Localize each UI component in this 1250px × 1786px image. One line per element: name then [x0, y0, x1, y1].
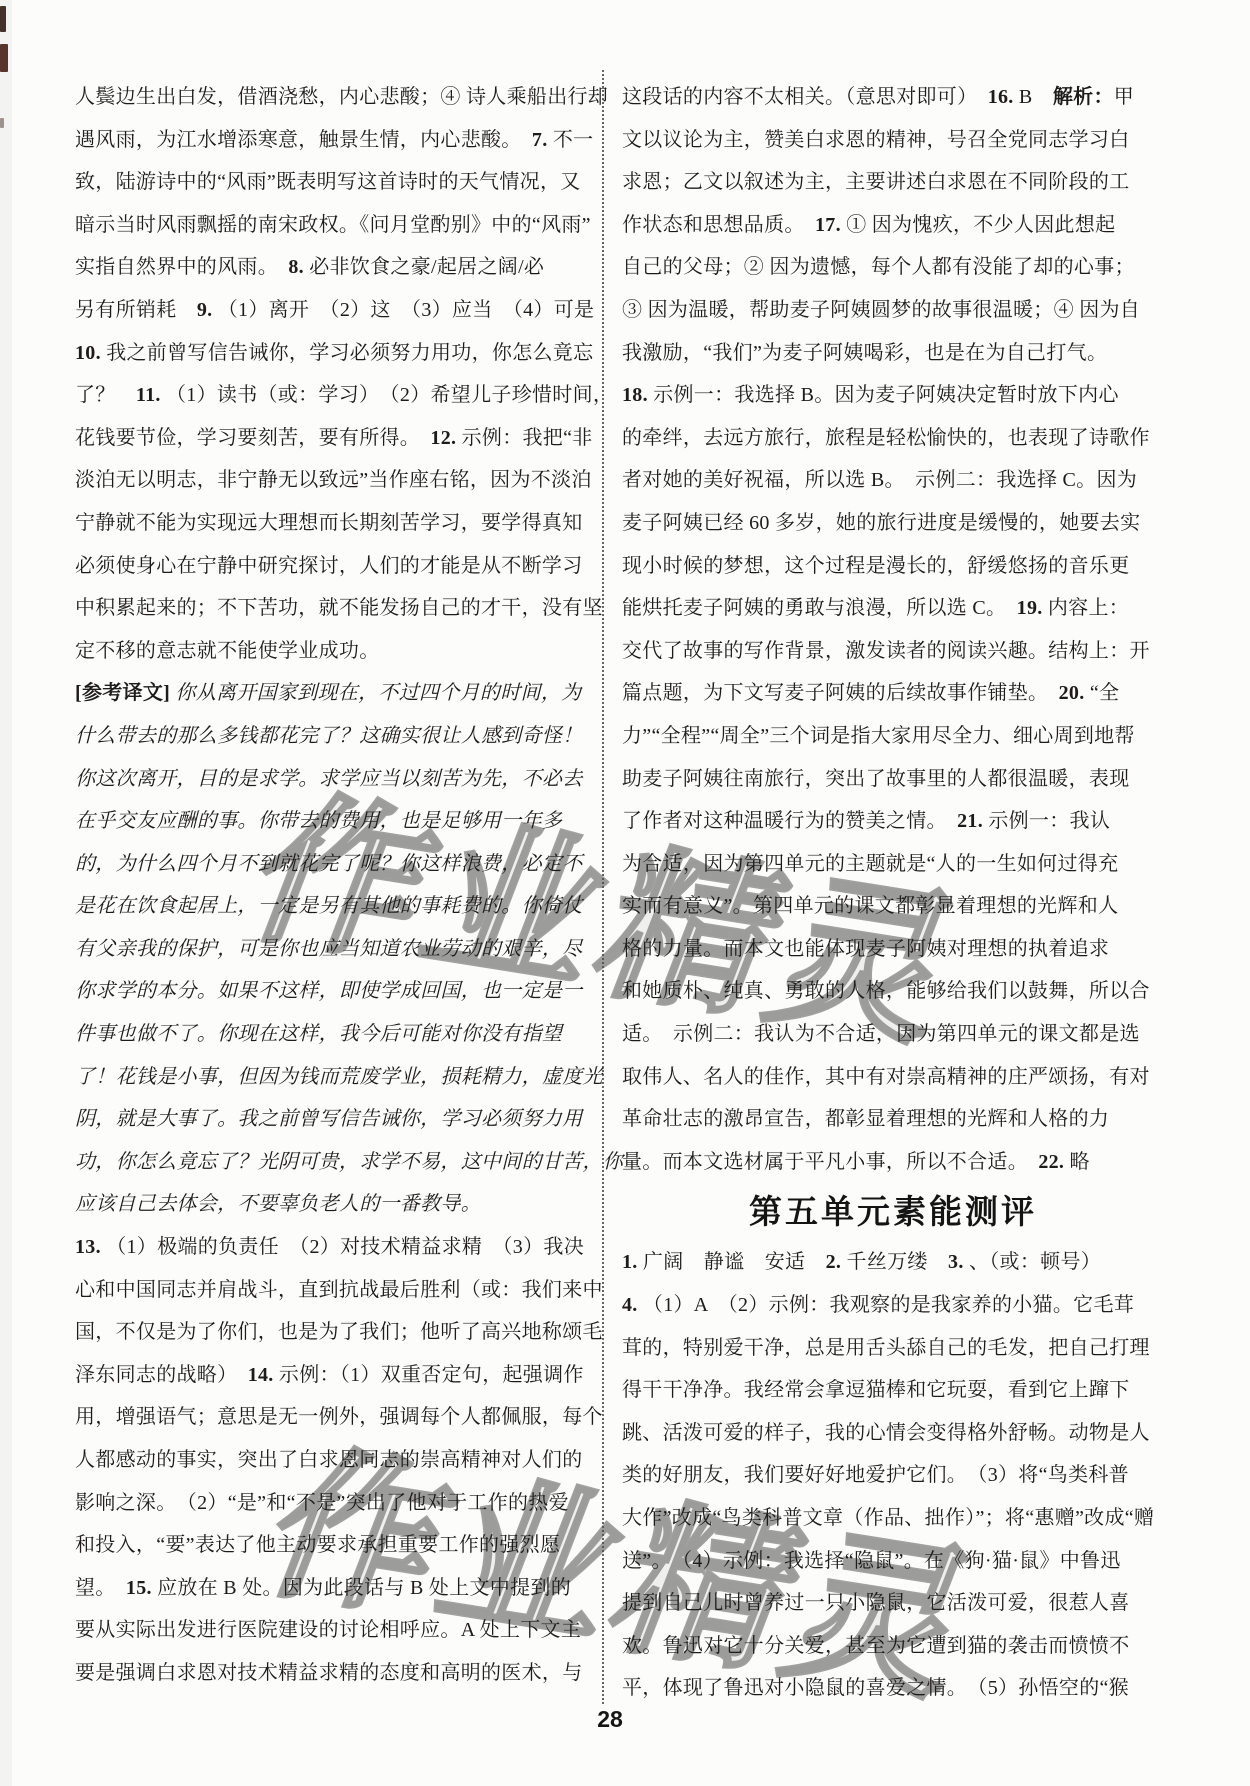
- body-text: 和她质朴、纯真、勇敢的人格，能够给我们以鼓舞，所以合: [622, 980, 1150, 1002]
- text-line: 望。 15. 应放在 B 处。因为此段话与 B 处上文中提到的: [75, 1567, 589, 1610]
- text-line: 要是强调白求恩对技术精益求精的态度和高明的医术，与: [75, 1652, 589, 1695]
- body-text: 人鬓边生出白发，借酒浇愁，内心悲酸；④ 诗人乘船出行却: [75, 86, 608, 108]
- text-line: 件事也做不了。你现在这样，我今后可能对你没有指望: [75, 1013, 589, 1056]
- bold-text: 9.: [197, 299, 213, 321]
- body-text: 类的好朋友，我们要好好地爱护它们。 （3）将“鸟类科普: [622, 1464, 1129, 1486]
- text-line: 4. （1）A （2）示例：我观察的是我家养的小猫。它毛茸: [622, 1284, 1164, 1327]
- text-line: 平，体现了鲁迅对小隐鼠的喜爱之情。 （5）孙悟空的“猴: [622, 1667, 1164, 1710]
- body-text: 者对她的美好祝福，所以选 B。 示例二：我选择 C。因为: [622, 469, 1137, 491]
- body-text: 要从实际出发进行医院建设的讨论相呼应。A 处上下文主: [75, 1619, 581, 1641]
- body-text: 自己的父母；② 因为遗憾，每个人都有没能了却的心事；: [622, 256, 1135, 278]
- body-text: 革命壮志的激昂宣告，都彰显着理想的光辉和人格的力: [622, 1108, 1109, 1130]
- body-text: 这段话的内容不太相关。（意思对即可）: [622, 86, 988, 108]
- text-line: 这段话的内容不太相关。（意思对即可） 16. B 解析：甲: [622, 76, 1164, 119]
- body-text: 示例：（1）双重否定句，起强调作: [274, 1364, 584, 1386]
- body-text: 文以议论为主，赞美白求恩的精神，号召全党同志学习白: [622, 129, 1130, 151]
- body-text: 国，不仅是为了你们，也是为了我们；他听了高兴地称颂毛: [75, 1321, 603, 1343]
- body-text: 示例：我把“非: [456, 427, 592, 449]
- text-line: 量。而本文选材属于平凡小事，所以不合适。 22. 略: [622, 1141, 1164, 1184]
- body-text: 你从离开国家到现在，不过四个月的时间，为: [175, 682, 581, 704]
- bold-text: 解析：: [1053, 86, 1114, 108]
- text-line: 中积累起来的；不下苦功，就不能发扬自己的才干，没有坚: [75, 587, 589, 630]
- left-text-column: 人鬓边生出白发，借酒浇愁，内心悲酸；④ 诗人乘船出行却遇风雨，为江水增添寒意，触…: [75, 76, 589, 1695]
- body-text: 取伟人、名人的佳作，其中有对崇高精神的庄严颂扬，有对: [622, 1066, 1150, 1088]
- bold-text: 4.: [622, 1294, 638, 1316]
- text-line: 大作”改成“鸟类科普文章（作品、拙作）”；将“惠赠”改成“赠: [622, 1497, 1164, 1540]
- text-line: 淡泊无以明志，非宁静无以致远”当作座右铭，因为不淡泊: [75, 459, 589, 502]
- text-line: 现小时候的梦想，这个过程是漫长的，舒缓悠扬的音乐更: [622, 545, 1164, 588]
- text-line: 心和中国同志并肩战斗，直到抗战最后胜利（或：我们来中: [75, 1269, 589, 1312]
- text-line: 了作者对这种温暖行为的赞美之情。 21. 示例一：我认: [622, 800, 1164, 843]
- bold-text: 2.: [826, 1251, 842, 1273]
- text-line: 自己的父母；② 因为遗憾，每个人都有没能了却的心事；: [622, 246, 1164, 289]
- section-heading: 第五单元素能测评: [622, 1183, 1164, 1241]
- text-line: 革命壮志的激昂宣告，都彰显着理想的光辉和人格的力: [622, 1098, 1164, 1141]
- text-line: ③ 因为温暖，帮助麦子阿姨圆梦的故事很温暖；④ 因为自: [622, 289, 1164, 332]
- text-line: 18. 示例一：我选择 B。因为麦子阿姨决定暂时放下内心: [622, 374, 1164, 417]
- bold-text: 14.: [248, 1364, 274, 1386]
- body-text: 件事也做不了。你现在这样，我今后可能对你没有指望: [75, 1023, 562, 1045]
- body-text: 和投入，“要”表达了他主动要求承担重要工作的强烈愿: [75, 1534, 560, 1556]
- body-text: 欢。鲁迅对它十分关爱，甚至为它遭到猫的袭击而愤愤不: [622, 1635, 1130, 1657]
- text-line: 为合适，因为第四单元的主题就是“人的一生如何过得充: [622, 843, 1164, 886]
- text-line: 定不移的意志就不能使学业成功。: [75, 630, 589, 673]
- text-line: 花钱要节俭，学习要刻苦，要有所得。 12. 示例：我把“非: [75, 417, 589, 460]
- body-text: 交代了故事的写作背景，激发读者的阅读兴趣。结构上：开: [622, 640, 1150, 662]
- text-line: 致，陆游诗中的“风雨”既表明写这首诗时的天气情况，又: [75, 161, 589, 204]
- scan-artifact: [0, 44, 8, 72]
- body-text: 望。: [75, 1577, 126, 1599]
- body-text: 得干干净净。我经常会拿逗猫棒和它玩耍，看到它上蹿下: [622, 1379, 1130, 1401]
- body-text: 了？: [75, 384, 136, 406]
- body-text: 影响之深。 （2）“是”和“不是”突出了他对于工作的热爱: [75, 1492, 569, 1514]
- body-text: 淡泊无以明志，非宁静无以致远”当作座右铭，因为不淡泊: [75, 469, 592, 491]
- text-line: 阴，就是大事了。我之前曾写信告诫你，学习必须努力用: [75, 1098, 589, 1141]
- body-text: 应放在 B 处。因为此段话与 B 处上文中提到的: [152, 1577, 571, 1599]
- body-text: 用，增强语气；意思是无一例外，强调每个人都佩服，每个: [75, 1406, 603, 1428]
- body-text: 遇风雨，为江水增添寒意，触景生情，内心悲酸。: [75, 129, 532, 151]
- text-line: 和投入，“要”表达了他主动要求承担重要工作的强烈愿: [75, 1524, 589, 1567]
- body-text: 我激励，“我们”为麦子阿姨喝彩，也是在为自己打气。: [622, 342, 1107, 364]
- text-line: 取伟人、名人的佳作，其中有对崇高精神的庄严颂扬，有对: [622, 1056, 1164, 1099]
- body-text: 跳、活泼可爱的样子，我的心情会变得格外舒畅。动物是人: [622, 1422, 1150, 1444]
- bold-text: 18.: [622, 384, 648, 406]
- text-line: 宁静就不能为实现远大理想而长期刻苦学习，要学得真知: [75, 502, 589, 545]
- body-text: 功，你怎么竟忘了？光阴可贵，求学不易，这中间的甘苦，你: [75, 1151, 623, 1173]
- text-line: 有父亲我的保护，可是你也应当知道农业劳动的艰辛，尽: [75, 928, 589, 971]
- body-text: 要是强调白求恩对技术精益求精的态度和高明的医术，与: [75, 1662, 583, 1684]
- text-line: 暗示当时风雨飘摇的南宋政权。《问月堂酌别》中的“风雨”: [75, 204, 589, 247]
- bold-text: 11.: [136, 384, 161, 406]
- body-text: 助麦子阿姨往南旅行，突出了故事里的人都很温暖，表现: [622, 768, 1130, 790]
- text-line: 麦子阿姨已经 60 多岁，她的旅行进度是缓慢的，她要去实: [622, 502, 1164, 545]
- body-text: （1）A （2）示例：我观察的是我家养的小猫。它毛茸: [638, 1294, 1134, 1316]
- scan-edge-shadow: [0, 0, 12, 1786]
- text-line: 篇点题，为下文写麦子阿姨的后续故事作铺垫。 20. “全: [622, 672, 1164, 715]
- scan-artifact: [0, 6, 6, 32]
- bold-text: 12.: [430, 427, 456, 449]
- body-text: 示例一：我选择 B。因为麦子阿姨决定暂时放下内心: [648, 384, 1119, 406]
- body-text: 格的力量。而本文也能体现麦子阿姨对理想的执着追求: [622, 938, 1109, 960]
- body-text: （1）读书（或：学习） （2）希望儿子珍惜时间，: [161, 384, 614, 406]
- right-text-column: 这段话的内容不太相关。（意思对即可） 16. B 解析：甲文以议论为主，赞美白求…: [622, 76, 1164, 1710]
- body-text: 必非饮食之豪/起居之阔/必: [304, 256, 544, 278]
- body-text: 略: [1064, 1151, 1090, 1173]
- text-line: 10. 我之前曾写信告诫你，学习必须努力用功，你怎么竟忘: [75, 332, 589, 375]
- bold-text: 19.: [1017, 597, 1043, 619]
- text-line: 要从实际出发进行医院建设的讨论相呼应。A 处上下文主: [75, 1609, 589, 1652]
- body-text: ① 因为愧疚，不少人因此想起: [841, 214, 1116, 236]
- body-text: 实而有意义”。第四单元的课文都彰显着理想的光辉和人: [622, 895, 1118, 917]
- bold-text: 22.: [1038, 1151, 1064, 1173]
- body-text: 泽东同志的战略）: [75, 1364, 248, 1386]
- body-text: 示例一：我认: [983, 810, 1110, 832]
- body-text: 阴，就是大事了。我之前曾写信告诫你，学习必须努力用: [75, 1108, 583, 1130]
- text-line: 实指自然界中的风雨。 8. 必非饮食之豪/起居之阔/必: [75, 246, 589, 289]
- text-line: 人都感动的事实，突出了白求恩同志的崇高精神对人们的: [75, 1439, 589, 1482]
- bold-text: 7.: [532, 129, 548, 151]
- text-line: 力”“全程”“周全”三个词是指大家用尽全力、细心周到地帮: [622, 715, 1164, 758]
- text-line: 得干干净净。我经常会拿逗猫棒和它玩耍，看到它上蹿下: [622, 1369, 1164, 1412]
- body-text: 的，为什么四个月不到就花完了呢？你这样浪费，必定不: [75, 853, 583, 875]
- body-text: 定不移的意志就不能使学业成功。: [75, 640, 380, 662]
- body-text: 必须使身心在宁静中研究探讨，人们的才能是从不断学习: [75, 555, 583, 577]
- body-text: 应该自己去体会，不要辜负老人的一番教导。: [75, 1193, 481, 1215]
- body-text: 的牵绊，去远方旅行，旅程是轻松愉快的，也表现了诗歌作: [622, 427, 1150, 449]
- bold-text: 3.: [948, 1251, 964, 1273]
- body-text: 实指自然界中的风雨。: [75, 256, 288, 278]
- body-text: 为合适，因为第四单元的主题就是“人的一生如何过得充: [622, 853, 1118, 875]
- text-line: 茸的，特别爱干净，总是用舌头舔自己的毛发，把自己打理: [622, 1327, 1164, 1370]
- body-text: 作状态和思想品质。: [622, 214, 815, 236]
- bold-text: 16.: [988, 86, 1014, 108]
- body-text: 中积累起来的；不下苦功，就不能发扬自己的才干，没有坚: [75, 597, 603, 619]
- body-text: 什么带去的那么多钱都花完了？这确实很让人感到奇怪！: [75, 725, 583, 747]
- text-line: 影响之深。 （2）“是”和“不是”突出了他对于工作的热爱: [75, 1482, 589, 1525]
- text-line: 什么带去的那么多钱都花完了？这确实很让人感到奇怪！: [75, 715, 589, 758]
- body-text: （1）离开 （2）这 （3）应当 （4）可是: [212, 299, 594, 321]
- text-line: 格的力量。而本文也能体现麦子阿姨对理想的执着追求: [622, 928, 1164, 971]
- body-text: 广阔 静谧 安适: [638, 1251, 826, 1273]
- text-line: 求恩；乙文以叙述为主，主要讲述白求恩在不同阶段的工: [622, 161, 1164, 204]
- body-text: 适。 示例二：我认为不合适，因为第四单元的课文都是选: [622, 1023, 1140, 1045]
- text-line: [参考译文] 你从离开国家到现在，不过四个月的时间，为: [75, 672, 589, 715]
- body-text: （1）极端的负责任 （2）对技术精益求精 （3）我决: [101, 1236, 584, 1258]
- body-text: 有父亲我的保护，可是你也应当知道农业劳动的艰辛，尽: [75, 938, 583, 960]
- body-text: 心和中国同志并肩战斗，直到抗战最后胜利（或：我们来中: [75, 1279, 603, 1301]
- scan-artifact: [0, 118, 4, 128]
- text-line: 必须使身心在宁静中研究探讨，人们的才能是从不断学习: [75, 545, 589, 588]
- text-line: 我激励，“我们”为麦子阿姨喝彩，也是在为自己打气。: [622, 332, 1164, 375]
- body-text: 篇点题，为下文写麦子阿姨的后续故事作铺垫。: [622, 682, 1059, 704]
- body-text: 了！花钱是小事，但因为钱而荒废学业，损耗精力，虚度光: [75, 1066, 603, 1088]
- bold-text: 10.: [75, 342, 101, 364]
- text-line: 欢。鲁迅对它十分关爱，甚至为它遭到猫的袭击而愤愤不: [622, 1625, 1164, 1668]
- body-text: 花钱要节俭，学习要刻苦，要有所得。: [75, 427, 430, 449]
- text-line: 在乎交友应酬的事。你带去的费用，也是足够用一年多: [75, 800, 589, 843]
- body-text: 了作者对这种温暖行为的赞美之情。: [622, 810, 957, 832]
- text-line: 泽东同志的战略） 14. 示例：（1）双重否定句，起强调作: [75, 1354, 589, 1397]
- text-line: 能烘托麦子阿姨的勇敢与浪漫，所以选 C。 19. 内容上：: [622, 587, 1164, 630]
- text-line: 的牵绊，去远方旅行，旅程是轻松愉快的，也表现了诗歌作: [622, 417, 1164, 460]
- text-line: 你这次离开，目的是求学。求学应当以刻苦为先，不必去: [75, 758, 589, 801]
- body-text: 麦子阿姨已经 60 多岁，她的旅行进度是缓慢的，她要去实: [622, 512, 1140, 534]
- body-text: 力”“全程”“周全”三个词是指大家用尽全力、细心周到地帮: [622, 725, 1135, 747]
- text-line: 类的好朋友，我们要好好地爱护它们。 （3）将“鸟类科普: [622, 1454, 1164, 1497]
- body-text: 致，陆游诗中的“风雨”既表明写这首诗时的天气情况，又: [75, 171, 581, 193]
- text-line: 用，增强语气；意思是无一例外，强调每个人都佩服，每个: [75, 1396, 589, 1439]
- text-line: 和她质朴、纯真、勇敢的人格，能够给我们以鼓舞，所以合: [622, 970, 1164, 1013]
- body-text: 暗示当时风雨飘摇的南宋政权。《问月堂酌别》中的“风雨”: [75, 214, 591, 236]
- text-line: 助麦子阿姨往南旅行，突出了故事里的人都很温暖，表现: [622, 758, 1164, 801]
- text-line: 文以议论为主，赞美白求恩的精神，号召全党同志学习白: [622, 119, 1164, 162]
- body-text: 千丝万缕: [841, 1251, 948, 1273]
- text-line: 实而有意义”。第四单元的课文都彰显着理想的光辉和人: [622, 885, 1164, 928]
- body-text: 你这次离开，目的是求学。求学应当以刻苦为先，不必去: [75, 768, 583, 790]
- body-text: 宁静就不能为实现远大理想而长期刻苦学习，要学得真知: [75, 512, 583, 534]
- text-line: 13. （1）极端的负责任 （2）对技术精益求精 （3）我决: [75, 1226, 589, 1269]
- bold-text: [参考译文]: [75, 682, 175, 704]
- body-text: 甲: [1114, 86, 1134, 108]
- text-line: 国，不仅是为了你们，也是为了我们；他听了高兴地称颂毛: [75, 1311, 589, 1354]
- text-line: 了！花钱是小事，但因为钱而荒废学业，损耗精力，虚度光: [75, 1056, 589, 1099]
- bold-text: 17.: [815, 214, 841, 236]
- text-line: 跳、活泼可爱的样子，我的心情会变得格外舒畅。动物是人: [622, 1412, 1164, 1455]
- page-number: 28: [584, 1706, 636, 1733]
- body-text: 茸的，特别爱干净，总是用舌头舔自己的毛发，把自己打理: [622, 1337, 1150, 1359]
- body-text: 、（或：顿号）: [964, 1251, 1101, 1273]
- text-line: 应该自己去体会，不要辜负老人的一番教导。: [75, 1183, 589, 1226]
- body-text: 内容上：: [1043, 597, 1130, 619]
- bold-text: 15.: [126, 1577, 152, 1599]
- body-text: 提到自己儿时曾养过一只小隐鼠，它活泼可爱，很惹人喜: [622, 1592, 1130, 1614]
- text-line: 适。 示例二：我认为不合适，因为第四单元的课文都是选: [622, 1013, 1164, 1056]
- bold-text: 21.: [957, 810, 983, 832]
- bold-text: 20.: [1059, 682, 1085, 704]
- text-line: 送”。 （4）示例：我选择“隐鼠”。在《狗·猫·鼠》中鲁迅: [622, 1540, 1164, 1583]
- body-text: 量。而本文选材属于平凡小事，所以不合适。: [622, 1151, 1038, 1173]
- text-line: 是花在饮食起居上，一定是另有其他的事耗费的。你倚仗: [75, 885, 589, 928]
- body-text: 人都感动的事实，突出了白求恩同志的崇高精神对人们的: [75, 1449, 583, 1471]
- text-line: 1. 广阔 静谧 安适 2. 千丝万缕 3. 、（或：顿号）: [622, 1241, 1164, 1284]
- body-text: 另有所销耗: [75, 299, 197, 321]
- text-line: 者对她的美好祝福，所以选 B。 示例二：我选择 C。因为: [622, 459, 1164, 502]
- text-line: 人鬓边生出白发，借酒浇愁，内心悲酸；④ 诗人乘船出行却: [75, 76, 589, 119]
- bold-text: 8.: [288, 256, 304, 278]
- body-text: 送”。 （4）示例：我选择“隐鼠”。在《狗·猫·鼠》中鲁迅: [622, 1550, 1121, 1572]
- body-text: 不一: [548, 129, 594, 151]
- body-text: 能烘托麦子阿姨的勇敢与浪漫，所以选 C。: [622, 597, 1017, 619]
- body-text: B: [1014, 86, 1053, 108]
- body-text: 求恩；乙文以叙述为主，主要讲述白求恩在不同阶段的工: [622, 171, 1130, 193]
- body-text: 在乎交友应酬的事。你带去的费用，也是足够用一年多: [75, 810, 562, 832]
- text-line: 提到自己儿时曾养过一只小隐鼠，它活泼可爱，很惹人喜: [622, 1582, 1164, 1625]
- text-line: 功，你怎么竟忘了？光阴可贵，求学不易，这中间的甘苦，你: [75, 1141, 589, 1184]
- body-text: 我之前曾写信告诫你，学习必须努力用功，你怎么竟忘: [101, 342, 594, 364]
- body-text: 现小时候的梦想，这个过程是漫长的，舒缓悠扬的音乐更: [622, 555, 1130, 577]
- text-line: 另有所销耗 9. （1）离开 （2）这 （3）应当 （4）可是: [75, 289, 589, 332]
- text-line: 交代了故事的写作背景，激发读者的阅读兴趣。结构上：开: [622, 630, 1164, 673]
- text-line: 你求学的本分。如果不这样，即使学成回国，也一定是一: [75, 970, 589, 1013]
- body-text: 是花在饮食起居上，一定是另有其他的事耗费的。你倚仗: [75, 895, 583, 917]
- body-text: 平，体现了鲁迅对小隐鼠的喜爱之情。 （5）孙悟空的“猴: [622, 1677, 1129, 1699]
- text-line: 作状态和思想品质。 17. ① 因为愧疚，不少人因此想起: [622, 204, 1164, 247]
- bold-text: 1.: [622, 1251, 638, 1273]
- text-line: 了？ 11. （1）读书（或：学习） （2）希望儿子珍惜时间，: [75, 374, 589, 417]
- column-divider: [602, 70, 604, 1704]
- body-text: 你求学的本分。如果不这样，即使学成回国，也一定是一: [75, 980, 583, 1002]
- body-text: 大作”改成“鸟类科普文章（作品、拙作）”；将“惠赠”改成“赠: [622, 1507, 1154, 1529]
- bold-text: 13.: [75, 1236, 101, 1258]
- body-text: “全: [1085, 682, 1120, 704]
- body-text: ③ 因为温暖，帮助麦子阿姨圆梦的故事很温暖；④ 因为自: [622, 299, 1140, 321]
- text-line: 的，为什么四个月不到就花完了呢？你这样浪费，必定不: [75, 843, 589, 886]
- text-line: 遇风雨，为江水增添寒意，触景生情，内心悲酸。 7. 不一: [75, 119, 589, 162]
- scanned-answer-page: { "page": { "number": "28" }, "watermark…: [0, 0, 1250, 1786]
